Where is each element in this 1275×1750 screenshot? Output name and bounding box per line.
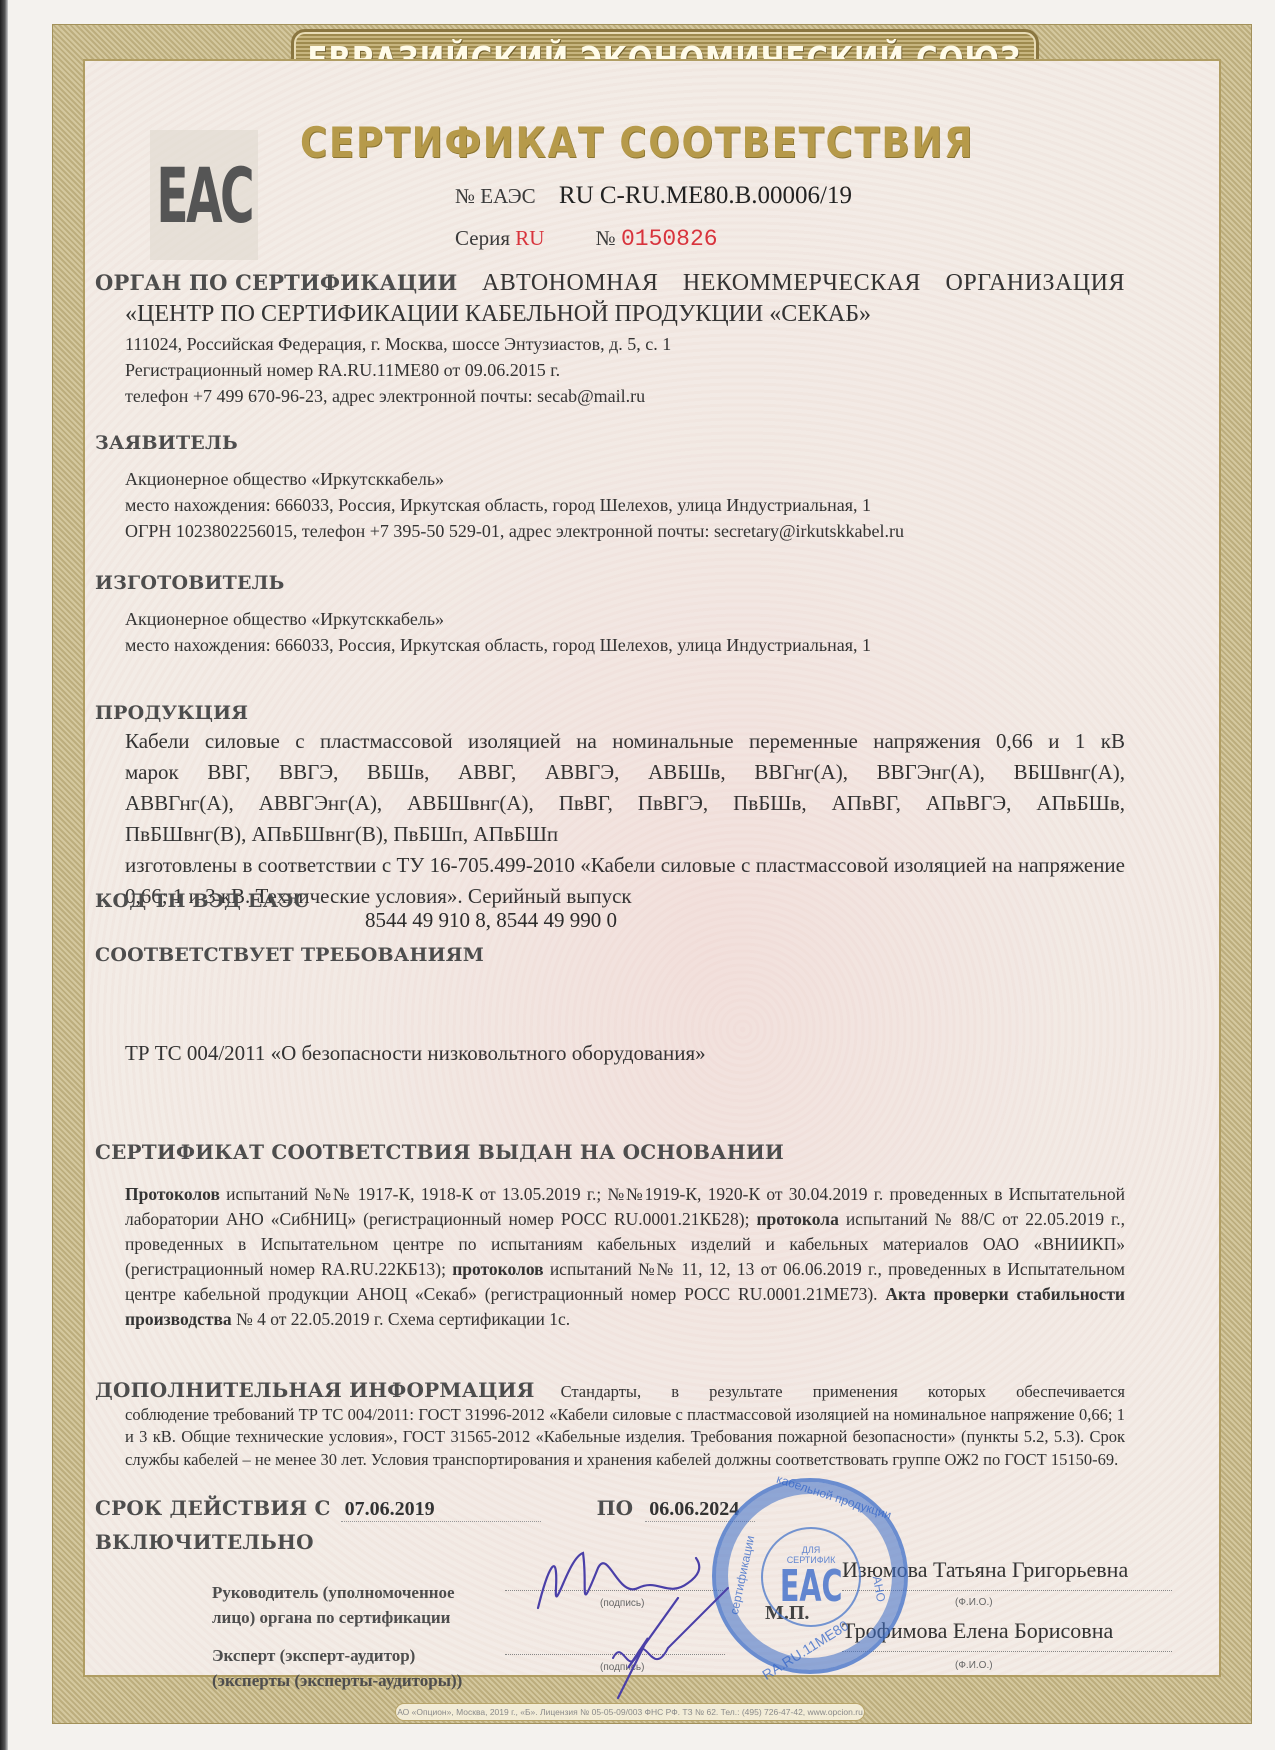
hs-code-value: 8544 49 910 8, 8544 49 990 0: [365, 908, 617, 933]
heading-additional-info: ДОПОЛНИТЕЛЬНАЯ ИНФОРМАЦИЯ: [95, 1378, 535, 1402]
series-label: Серия: [455, 226, 510, 250]
section-certification-body: ОРГАН ПО СЕРТИФИКАЦИИ АВТОНОМНАЯ НЕКОММЕ…: [95, 270, 1125, 409]
validity-to-label: ПО: [597, 1496, 634, 1520]
section-requirements: СООТВЕТСТВУЕТ ТРЕБОВАНИЯМ: [95, 944, 1125, 966]
organization-registration: Регистрационный номер RA.RU.11ME80 от 09…: [95, 357, 1125, 383]
basis-text: Протоколов испытаний №№ 1917-К, 1918-К о…: [95, 1182, 1125, 1332]
handwritten-signature-icon: [528, 1528, 758, 1718]
head-of-body-label: Руководитель (уполномоченное лицо) орган…: [212, 1580, 455, 1630]
product-line-2: марок ВВГ, ВВГЭ, ВБШв, АВВГ, АВВГЭ, АВБШ…: [95, 757, 1125, 788]
validity-from-label: СРОК ДЕЙСТВИЯ С: [95, 1496, 331, 1520]
requirements-value: ТР ТС 004/2011 «О безопасности низковоль…: [95, 1040, 1125, 1066]
additional-info-first-line: Стандарты, в результате применения котор…: [535, 1381, 1125, 1404]
number-label: № ЕАЭС: [455, 184, 536, 208]
section-basis: СЕРТИФИКАТ СООТВЕТСТВИЯ ВЫДАН НА ОСНОВАН…: [95, 1140, 1125, 1332]
certificate-number: № ЕАЭС RU C-RU.ME80.B.00006/19: [455, 182, 852, 210]
product-line-1: Кабели силовые с пластмассовой изоляцией…: [95, 726, 1125, 757]
section-manufacturer: ИЗГОТОВИТЕЛЬ Акционерное общество «Иркут…: [95, 572, 1125, 658]
eac-logo-icon: ЕАС: [150, 130, 258, 260]
seal-eac-icon: ЕАС: [780, 1565, 843, 1609]
expert-fio-caption: (Ф.И.О.): [955, 1660, 993, 1671]
blank-no-value: 0150826: [621, 226, 718, 252]
applicant-contacts: ОГРН 1023802256015, телефон +7 395-50 52…: [95, 518, 1125, 544]
requirements-value-block: ТР ТС 004/2011 «О безопасности низковоль…: [95, 1040, 1125, 1066]
organization-contacts: телефон +7 499 670-96-23, адрес электрон…: [95, 383, 1125, 409]
section-product: ПРОДУКЦИЯ Кабели силовые с пластмассовой…: [95, 702, 1125, 912]
series-value: RU: [515, 226, 544, 250]
section-applicant: ЗАЯВИТЕЛЬ Акционерное общество «Иркутскк…: [95, 432, 1125, 544]
additional-info-text: соблюдение требований ТР ТС 004/2011: ГО…: [95, 1404, 1125, 1472]
organization-name: «ЦЕНТР ПО СЕРТИФИКАЦИИ КАБЕЛЬНОЙ ПРОДУКЦ…: [95, 297, 1125, 331]
manufacturer-address: место нахождения: 666033, Россия, Иркутс…: [95, 632, 1125, 658]
section-additional-info: ДОПОЛНИТЕЛЬНАЯ ИНФОРМАЦИЯ Стандарты, в р…: [95, 1378, 1125, 1471]
seal-center: ДЛЯ СЕРТИФИК ЕАС: [761, 1527, 861, 1627]
applicant-address: место нахождения: 666033, Россия, Иркутс…: [95, 492, 1125, 518]
validity-from-date: 07.06.2019: [341, 1498, 541, 1522]
heading-requirements: СООТВЕТСТВУЕТ ТРЕБОВАНИЯМ: [95, 944, 1125, 966]
product-line-4: ПвБШвнг(В), АПвБШвнг(В), ПвБШп, АПвБШп: [95, 819, 1125, 850]
product-line-3: АВВГнг(А), АВВГЭнг(А), АВБШвнг(А), ПвВГ,…: [95, 788, 1125, 819]
printer-footer: АО «Опцион», Москва, 2019 г., «Б». Лицен…: [395, 1703, 865, 1721]
heading-manufacturer: ИЗГОТОВИТЕЛЬ: [95, 572, 1125, 594]
head-fio-caption: (Ф.И.О.): [955, 1597, 993, 1608]
number-value: RU C-RU.ME80.B.00006/19: [559, 182, 852, 209]
expert-label: Эксперт (эксперт-аудитор) (эксперты (экс…: [212, 1643, 462, 1693]
organization-address: 111024, Российская Федерация, г. Москва,…: [95, 331, 1125, 357]
section-hs-code: КОД ТН ВЭД ЕАЭС 8544 49 910 8, 8544 49 9…: [95, 890, 1125, 912]
heading-basis: СЕРТИФИКАТ СООТВЕТСТВИЯ ВЫДАН НА ОСНОВАН…: [95, 1140, 1125, 1164]
heading-product: ПРОДУКЦИЯ: [95, 702, 1125, 724]
applicant-name: Акционерное общество «Иркутсккабель»: [95, 466, 1125, 492]
manufacturer-name: Акционерное общество «Иркутсккабель»: [95, 606, 1125, 632]
blank-no-label: №: [596, 226, 616, 250]
expert-name-line: [842, 1651, 1172, 1652]
blank-series: Серия RU № 0150826: [455, 226, 718, 252]
heading-certification-body: ОРГАН ПО СЕРТИФИКАЦИИ: [95, 270, 457, 295]
scan-edge: [0, 0, 8, 1750]
heading-applicant: ЗАЯВИТЕЛЬ: [95, 432, 1125, 454]
